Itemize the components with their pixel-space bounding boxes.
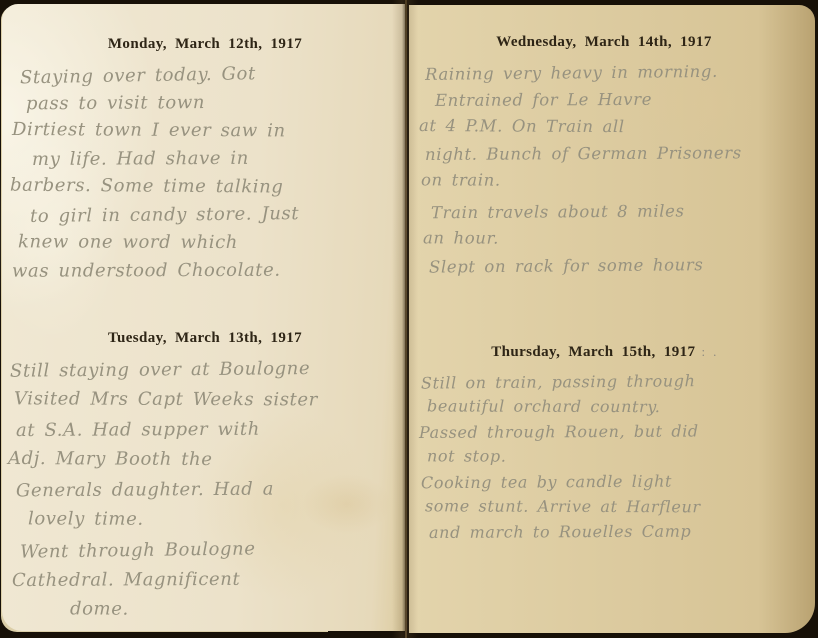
- handwritten-line: barbers. Some time talking: [10, 172, 400, 203]
- entry-tuesday-march-13: Tuesday, March 13th, 1917 Still staying …: [10, 330, 400, 625]
- handwritten-line: on train.: [421, 166, 789, 194]
- handwritten-line: Slept on rack for some hours: [429, 250, 789, 280]
- entry-date-header: Wednesday, March 14th, 1917: [419, 34, 789, 51]
- entry-date-header: Thursday, March 15th, 1917: .: [419, 344, 789, 361]
- handwritten-line: Train travels about 8 miles: [431, 197, 789, 226]
- handwritten-line: Generals daughter. Had a: [16, 474, 400, 507]
- entry-thursday-march-15: Thursday, March 15th, 1917: . Still on t…: [419, 344, 789, 544]
- handwritten-line: not stop.: [427, 443, 789, 469]
- handwritten-line: Raining very heavy in morning.: [425, 57, 789, 88]
- handwritten-line: at S.A. Had supper with: [16, 414, 400, 446]
- diary-page-right: Wednesday, March 14th, 1917 Raining very…: [405, 4, 798, 627]
- handwritten-line: my life. Had shave in: [32, 144, 400, 174]
- entry-date-text: Thursday, March 15th, 1917: [491, 344, 695, 360]
- handwritten-line: was understood Chocolate.: [12, 256, 400, 285]
- handwritten-line: Passed through Rouen, but did: [419, 418, 789, 445]
- handwritten-line: night. Bunch of German Prisoners: [425, 139, 789, 168]
- handwritten-line: knew one word which: [18, 228, 400, 257]
- entry-wednesday-march-14: Wednesday, March 14th, 1917 Raining very…: [419, 34, 789, 279]
- diary-photo: Monday, March 12th, 1917 Staying over to…: [0, 0, 818, 638]
- handwritten-line: to girl in candy store. Just: [30, 199, 400, 231]
- handwritten-line: Cathedral. Magnificent: [12, 564, 400, 596]
- diary-page-left: Monday, March 12th, 1917 Staying over to…: [2, 4, 405, 631]
- handwritten-line: Adj. Mary Booth the: [8, 444, 400, 476]
- handwritten-line: Entrained for Le Havre: [435, 85, 789, 114]
- handwritten-line: an hour.: [423, 224, 789, 252]
- handwritten-line: Dirtiest town I ever saw in: [12, 116, 400, 146]
- stray-pencil-marks: : .: [701, 344, 716, 359]
- handwritten-entry-text: Raining very heavy in morning.Entrained …: [419, 59, 789, 279]
- handwritten-line: dome.: [70, 594, 400, 625]
- handwritten-line: beautiful orchard country.: [427, 393, 789, 419]
- entry-date-header: Monday, March 12th, 1917: [10, 36, 400, 53]
- handwritten-line: Cooking tea by candle light: [421, 468, 789, 496]
- entry-date-header: Tuesday, March 13th, 1917: [10, 330, 400, 347]
- entry-monday-march-12: Monday, March 12th, 1917 Staying over to…: [10, 36, 400, 285]
- handwritten-line: some stunt. Arrive at Harfleur: [425, 493, 789, 519]
- handwritten-line: at 4 P.M. On Train all: [419, 112, 789, 141]
- handwritten-line: Went through Boulogne: [20, 532, 400, 567]
- handwritten-entry-text: Staying over today. Gotpass to visit tow…: [10, 61, 400, 285]
- handwritten-line: and march to Rouelles Camp: [429, 518, 789, 545]
- handwritten-line: lovely time.: [28, 504, 400, 535]
- handwritten-entry-text: Still on train, passing throughbeautiful…: [419, 369, 789, 544]
- handwritten-line: Visited Mrs Capt Weeks sister: [14, 384, 400, 415]
- handwritten-line: pass to visit town: [26, 88, 400, 119]
- handwritten-entry-text: Still staying over at BoulogneVisited Mr…: [10, 355, 400, 625]
- handwritten-line: Still on train, passing through: [421, 367, 789, 395]
- handwritten-line: Still staying over at Boulogne: [10, 353, 400, 386]
